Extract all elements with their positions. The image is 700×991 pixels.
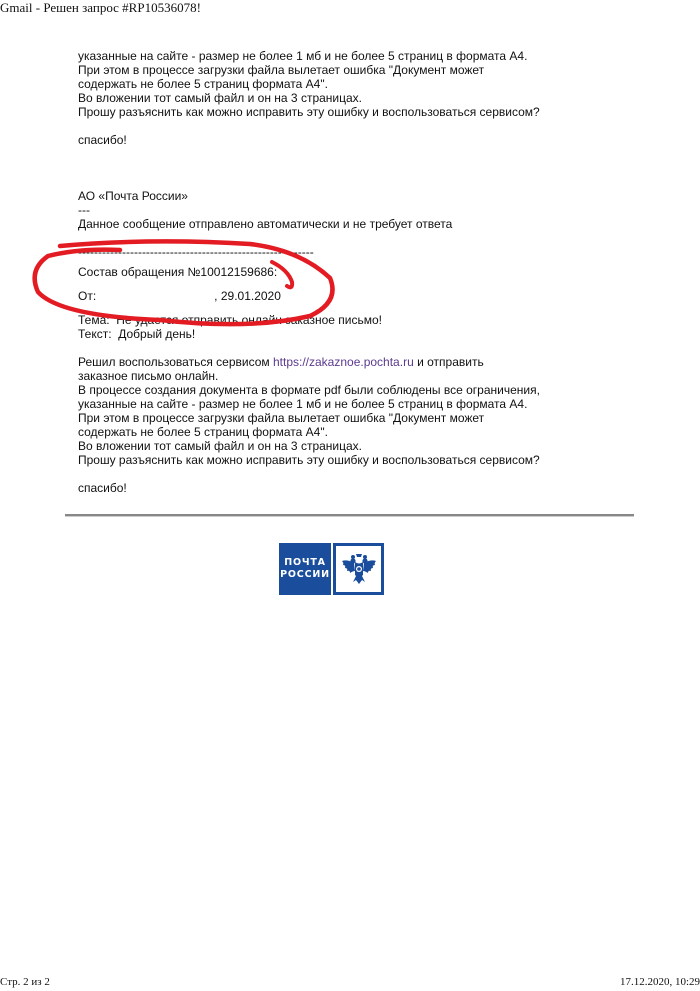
from-label: От: <box>78 289 96 303</box>
request-date: , 29.01.2020 <box>214 289 281 303</box>
request-line: Прошу разъяснить как можно исправить эту… <box>78 453 638 467</box>
printed-timestamp: 17.12.2020, 10:29 <box>620 975 700 989</box>
logo-emblem <box>333 543 384 595</box>
email-body: указанные на сайте - размер не более 1 м… <box>78 49 638 495</box>
logo-line-2: РОССИИ <box>280 569 330 581</box>
zakaznoe-link[interactable]: https://zakaznoe.pochta.ru <box>273 355 414 369</box>
request-closing: спасибо! <box>78 481 638 495</box>
request-line: содержать не более 5 страниц формата А4"… <box>78 425 638 439</box>
intro-text-after: и отправить <box>414 355 484 369</box>
message-top: указанные на сайте - размер не более 1 м… <box>78 49 638 147</box>
signature-divider: --- <box>78 203 638 217</box>
request-line: заказное письмо онлайн. <box>78 369 638 383</box>
long-divider: ----------------------------------------… <box>78 245 638 259</box>
double-headed-eagle-icon <box>339 549 379 589</box>
request-line: В процессе создания документа в формате … <box>78 383 638 397</box>
message-line: При этом в процессе загрузки файла вылет… <box>78 63 638 77</box>
request-from: От:, 29.01.2020 <box>78 289 638 303</box>
request-line: Во вложении тот самый файл и он на 3 стр… <box>78 439 638 453</box>
request-line: При этом в процессе загрузки файла вылет… <box>78 411 638 425</box>
message-line: содержать не более 5 страниц формата А4"… <box>78 77 638 91</box>
message-line: Во вложении тот самый файл и он на 3 стр… <box>78 91 638 105</box>
auto-notice: Данное сообщение отправлено автоматическ… <box>78 217 638 231</box>
text-label: Текст: <box>78 327 112 341</box>
request-subject: Тема: Не удается отправить онлайн заказн… <box>78 313 638 327</box>
message-line: Прошу разъяснить как можно исправить эту… <box>78 105 638 119</box>
request-composition: Состав обращения №10012159686: <box>78 265 638 279</box>
subject-label: Тема: <box>78 313 110 327</box>
request-text: Текст: Добрый день! <box>78 327 638 341</box>
logo-wordmark: ПОЧТА РОССИИ <box>279 543 331 595</box>
pochta-rossii-logo: ПОЧТА РОССИИ <box>279 543 386 595</box>
message-line: указанные на сайте - размер не более 1 м… <box>78 49 638 63</box>
request-line: указанные на сайте - размер не более 1 м… <box>78 397 638 411</box>
signature-company: АО «Почта России» <box>78 189 638 203</box>
subject-value: Не удается отправить онлайн заказное пис… <box>116 313 382 327</box>
text-value: Добрый день! <box>118 327 195 341</box>
logo-line-1: ПОЧТА <box>284 557 326 569</box>
horizontal-rule <box>65 514 634 517</box>
message-closing: спасибо! <box>78 133 638 147</box>
request-intro: Решил воспользоваться сервисом https://z… <box>78 355 638 369</box>
page-indicator: Стр. 2 из 2 <box>0 975 50 989</box>
print-header-title: Gmail - Решен запрос #RP10536078! <box>0 0 201 16</box>
intro-text: Решил воспользоваться сервисом <box>78 355 273 369</box>
signature: АО «Почта России» --- Данное сообщение о… <box>78 189 638 259</box>
